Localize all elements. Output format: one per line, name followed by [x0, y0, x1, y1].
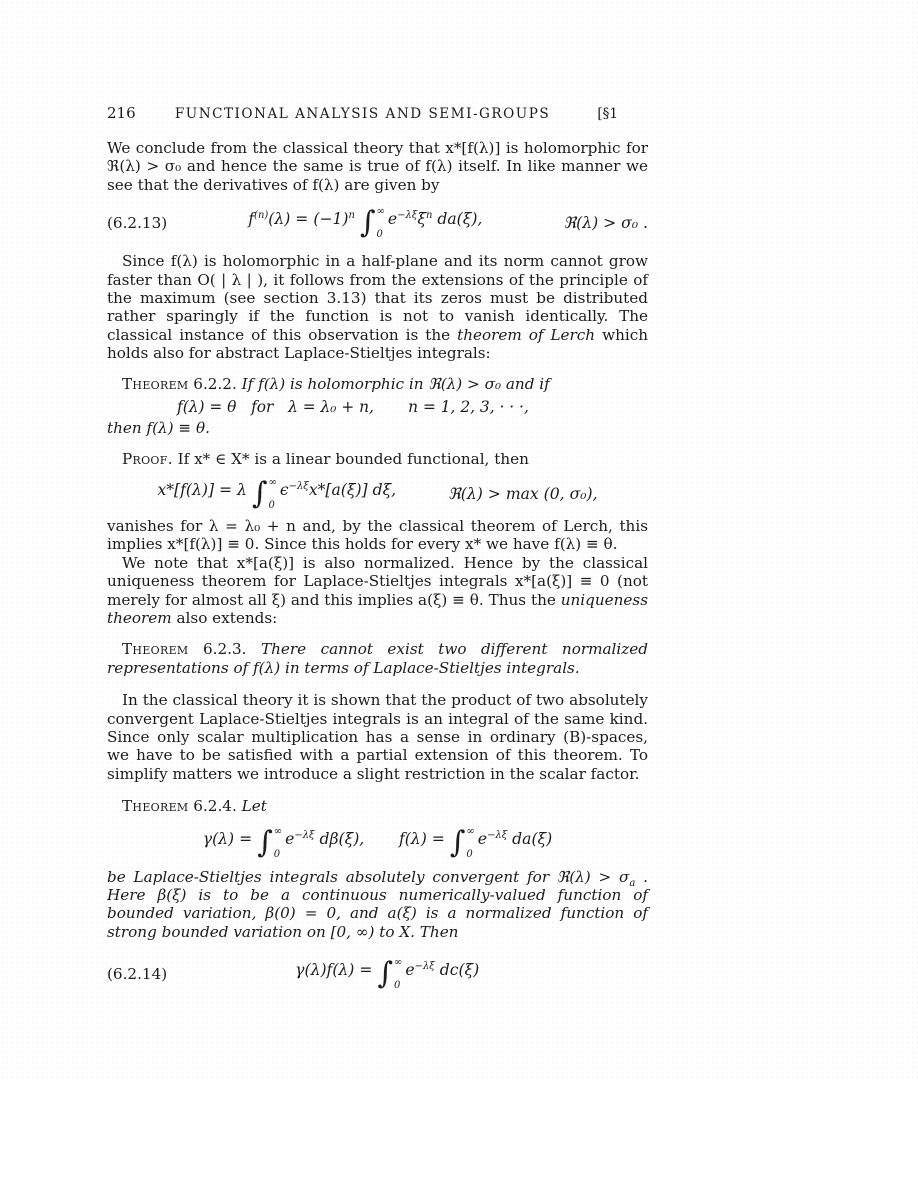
- text-column: 216 FUNCTIONAL ANALYSIS AND SEMI-GROUPS …: [107, 0, 648, 991]
- equation-formula: γ(λ) = ∫∞0e−λξ dβ(ξ), f(λ) = ∫∞0e−λξ da(…: [203, 826, 552, 860]
- section-marker: [§1: [550, 106, 648, 122]
- book-page: 216 FUNCTIONAL ANALYSIS AND SEMI-GROUPS …: [0, 0, 918, 1188]
- equation-formula: f(n)(λ) = (−1)n ∫∞0e−λξξn da(ξ),: [248, 206, 482, 240]
- theorem-6-2-3: Theorem 6.2.3. There cannot exist two di…: [107, 640, 648, 677]
- paragraph-classical-theory: In the classical theory it is shown that…: [107, 691, 648, 783]
- theorem-6-2-4: Theorem 6.2.4. Let: [107, 797, 648, 815]
- integral-sign: ∫∞0: [257, 826, 285, 860]
- theorem-heading: Theorem: [122, 797, 188, 815]
- integral-sign: ∫∞0: [360, 206, 388, 240]
- paragraph-vanishes: vanishes for λ = λ₀ + n and, by the clas…: [107, 517, 648, 554]
- equation-6-2-13: (6.2.13)f(n)(λ) = (−1)n ∫∞0e−λξξn da(ξ),…: [107, 206, 648, 240]
- equation-6-2-14: (6.2.14)γ(λ)f(λ) = ∫∞0e−λξ dc(ξ): [107, 957, 648, 991]
- integral-sign: ∫∞0: [450, 826, 478, 860]
- equation-gamma-f: γ(λ) = ∫∞0e−λξ dβ(ξ), f(λ) = ∫∞0e−λξ da(…: [107, 826, 648, 860]
- theorem-heading: Theorem: [122, 640, 188, 658]
- integral-sign: ∫∞0: [377, 957, 405, 991]
- integral-sign: ∫∞0: [252, 477, 280, 511]
- paragraph-proof: Proof. If x* ∈ X* is a linear bounded fu…: [107, 450, 648, 468]
- paragraph-intro: We conclude from the classical theory th…: [107, 139, 648, 194]
- running-title: FUNCTIONAL ANALYSIS AND SEMI-GROUPS: [175, 106, 550, 122]
- equation-proof: x*[f(λ)] = λ ∫∞0ϵ−λξx*[a(ξ)] dξ,ℜ(λ) > m…: [107, 477, 648, 511]
- emphasis-theorem-of-lerch: theorem of Lerch: [457, 326, 595, 344]
- paragraph-since: Since f(λ) is holomorphic in a half-plan…: [107, 252, 648, 362]
- paragraph-be-laplace-stieltjes: be Laplace-Stieltjes integrals absolutel…: [107, 868, 648, 942]
- theorem-6-2-2-conclusion: then f(λ) ≡ θ.: [107, 419, 648, 437]
- equation-label: (6.2.14): [107, 965, 167, 983]
- running-header: 216 FUNCTIONAL ANALYSIS AND SEMI-GROUPS …: [107, 0, 648, 122]
- equation-theorem-6-2-2: f(λ) = θ for λ = λ₀ + n, n = 1, 2, 3, · …: [177, 398, 648, 416]
- paragraph-we-note: We note that x*[a(ξ)] is also normalized…: [107, 554, 648, 628]
- theorem-6-2-2: Theorem 6.2.2. If f(λ) is holomorphic in…: [107, 375, 648, 393]
- proof-heading: Proof.: [122, 450, 173, 468]
- page-number: 216: [107, 104, 175, 122]
- equation-label: (6.2.13): [107, 214, 167, 232]
- equation-formula: x*[f(λ)] = λ ∫∞0ϵ−λξx*[a(ξ)] dξ,: [157, 477, 396, 511]
- equation-condition: ℜ(λ) > σ₀ .: [563, 214, 648, 232]
- theorem-heading: Theorem: [122, 375, 188, 393]
- equation-formula: γ(λ)f(λ) = ∫∞0e−λξ dc(ξ): [295, 957, 479, 991]
- equation-condition: ℜ(λ) > max (0, σ₀),: [448, 485, 597, 503]
